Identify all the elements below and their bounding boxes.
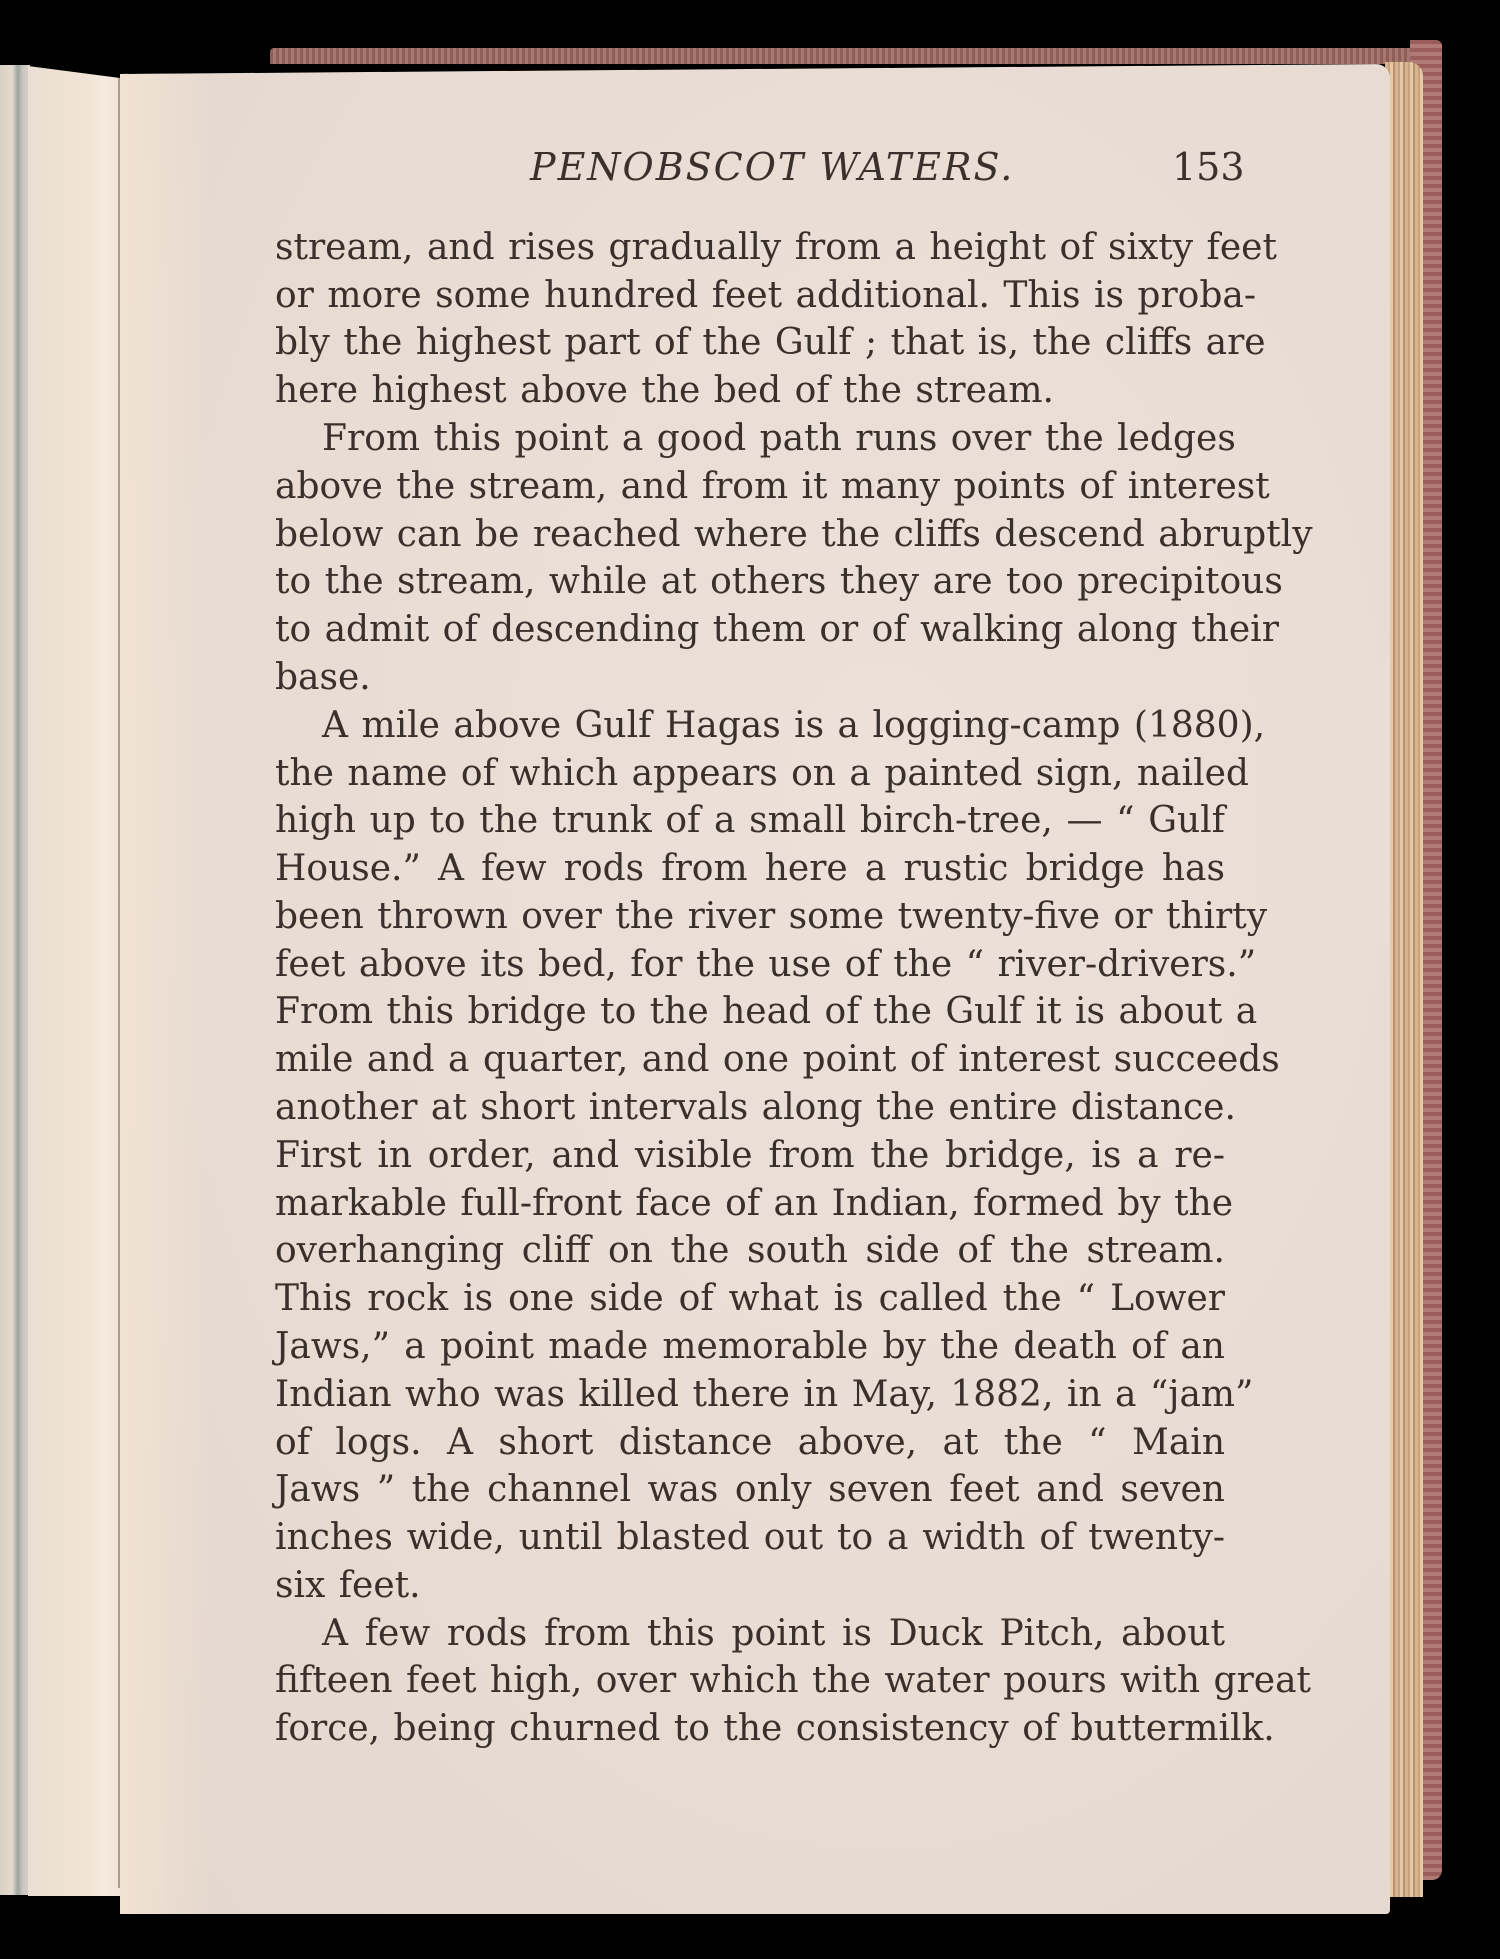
running-title: PENOBSCOT WATERS. <box>530 145 1014 189</box>
text-line: high up to the trunk of a small birch-tr… <box>275 799 1225 843</box>
book-scan: PENOBSCOT WATERS. 153 stream, and rises … <box>0 0 1500 1959</box>
text-line: below can be reached where the cliffs de… <box>275 513 1225 557</box>
text-line: to the stream, while at others they are … <box>275 560 1225 604</box>
text-line: Jaws,” a point made memorable by the dea… <box>275 1325 1225 1369</box>
text-line: inches wide, until blasted out to a widt… <box>275 1516 1225 1560</box>
book-cover-top-edge <box>270 48 1425 64</box>
text-line: bly the highest part of the Gulf ; that … <box>275 321 1225 365</box>
text-line: fifteen feet high, over which the water … <box>275 1659 1225 1703</box>
text-line: First in order, and visible from the bri… <box>275 1134 1225 1178</box>
text-line: been thrown over the river some twenty-f… <box>275 895 1225 939</box>
text-line: House.” A few rods from here a rustic br… <box>275 847 1225 891</box>
text-line: to admit of descending them or of walkin… <box>275 608 1225 652</box>
text-line: This rock is one side of what is called … <box>275 1277 1225 1321</box>
text-line: another at short intervals along the ent… <box>275 1086 1225 1130</box>
text-line: markable full-front face of an Indian, f… <box>275 1182 1225 1226</box>
text-line: Jaws ” the channel was only seven feet a… <box>275 1468 1225 1512</box>
text-line: A few rods from this point is Duck Pitch… <box>322 1612 1225 1656</box>
text-line: force, being churned to the consistency … <box>275 1707 1225 1751</box>
text-line: feet above its bed, for the use of the “… <box>275 943 1225 987</box>
text-line: A mile above Gulf Hagas is a logging-cam… <box>322 704 1225 748</box>
text-line: Indian who was killed there in May, 1882… <box>275 1373 1225 1417</box>
gutter <box>118 78 120 1888</box>
text-line: above the stream, and from it many point… <box>275 465 1225 509</box>
text-line: stream, and rises gradually from a heigh… <box>275 226 1225 270</box>
text-line: the name of which appears on a painted s… <box>275 752 1225 796</box>
text-line: overhanging cliff on the south side of t… <box>275 1229 1225 1273</box>
text-line: From this point a good path runs over th… <box>322 417 1225 461</box>
page-fore-edge <box>1385 62 1423 1897</box>
text-line: of logs. A short distance above, at the … <box>275 1421 1225 1465</box>
text-line: base. <box>275 656 1225 700</box>
text-line: From this bridge to the head of the Gulf… <box>275 990 1225 1034</box>
text-line: or more some hundred feet additional. Th… <box>275 274 1225 318</box>
left-page-edges <box>0 65 30 1895</box>
text-line: six feet. <box>275 1564 1225 1608</box>
page-number: 153 <box>1172 145 1245 189</box>
text-line: mile and a quarter, and one point of int… <box>275 1038 1225 1082</box>
text-line: here highest above the bed of the stream… <box>275 369 1225 413</box>
left-page <box>28 66 120 1896</box>
